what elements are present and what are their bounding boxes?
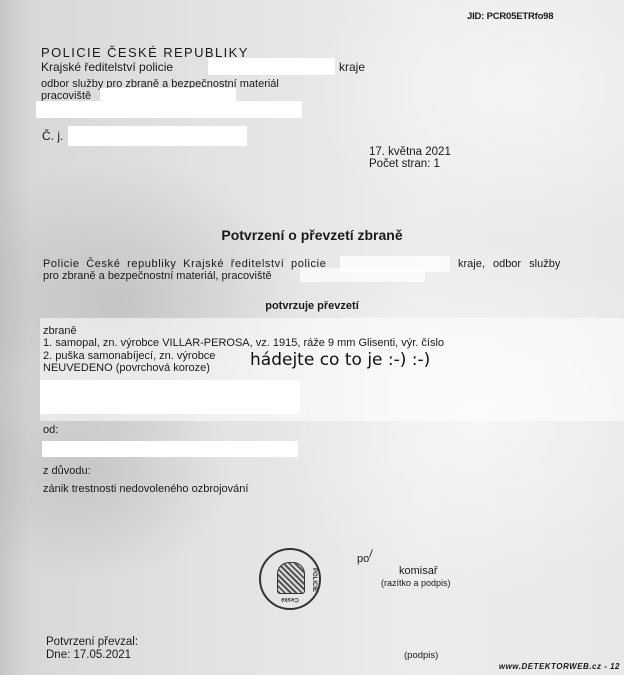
weapon-item-1: 1. samopal, zn. výrobce VILLAR-PEROSA, v…	[43, 337, 444, 349]
signature-mark-icon: \	[366, 548, 375, 560]
annotation-text: hádejte co to je :-) :-)	[250, 350, 430, 370]
receipt-signature-caption: (podpis)	[404, 650, 438, 661]
confirms-label: potvrzuje převzetí	[0, 300, 624, 312]
redacted-region	[42, 441, 298, 457]
document-jid: JID: PCR05ETRfo98	[467, 11, 553, 22]
stamp-emblem-icon	[277, 562, 305, 594]
intro-line1-right: kraje, odbor služby	[458, 258, 560, 270]
signatory-role: komisař	[399, 565, 438, 577]
receipt-date: Dne: 17.05.2021	[46, 649, 131, 661]
footer-watermark: www.DETEKTORWEB.cz - 12	[499, 662, 620, 671]
document-date: 17. května 2021	[369, 146, 451, 158]
from-label: od:	[43, 424, 58, 436]
redacted-region	[68, 126, 247, 146]
intro-line2: pro zbraně a bezpečnostní materiál, prac…	[43, 270, 272, 282]
intro-line1-left: Policie České republiky Krajské ředitels…	[43, 258, 326, 270]
redacted-region	[300, 268, 425, 282]
stamp-text-right: POLICIE	[311, 568, 317, 592]
scanned-document: JID: PCR05ETRfo98 POLICIE ČESKÉ REPUBLIK…	[0, 0, 624, 675]
stamp-caption: (razítko a podpis)	[381, 578, 451, 588]
redacted-region	[36, 101, 302, 118]
weapon-item-2-line1: 2. puška samonabíjecí, zn. výrobce	[43, 350, 215, 362]
reference-label: Č. j.	[42, 129, 63, 143]
redacted-region	[40, 380, 300, 414]
stamp-text-bottom: České	[281, 596, 299, 602]
directorate-suffix: kraje	[339, 60, 365, 74]
redacted-region	[100, 88, 236, 101]
weapon-item-2-line2: NEUVEDENO (povrchová koroze)	[43, 362, 210, 374]
reason-text: zánik trestnosti nedovoleného ozbrojován…	[43, 483, 248, 495]
official-stamp: POLICIE České	[259, 548, 321, 610]
document-title: Potvrzení o převzetí zbraně	[0, 227, 624, 243]
weapons-label: zbraně	[43, 325, 77, 337]
redacted-region	[208, 58, 335, 75]
directorate-prefix: Krajské ředitelství policie	[41, 60, 173, 74]
receipt-label: Potvrzení převzal:	[46, 636, 138, 648]
reason-label: z důvodu:	[43, 465, 91, 477]
page-count: Počet stran: 1	[369, 158, 440, 170]
